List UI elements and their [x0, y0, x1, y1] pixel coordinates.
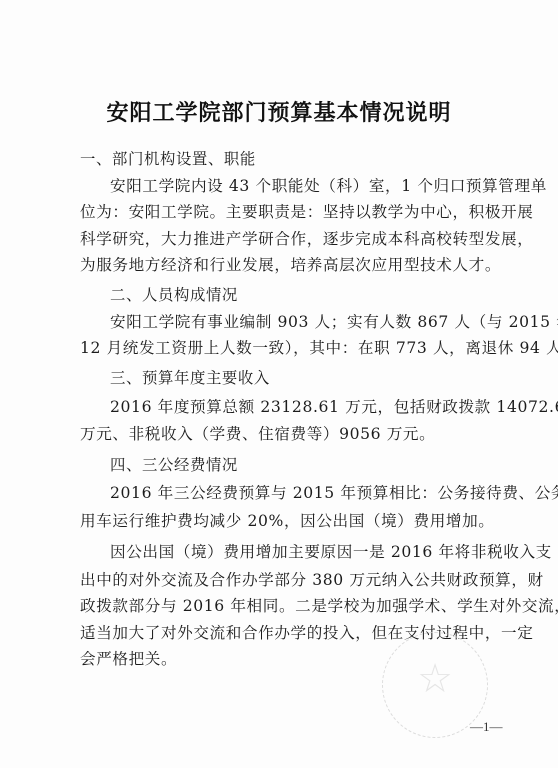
section-heading-2: 二、人员构成情况: [110, 286, 494, 304]
section-heading-4: 四、三公经费情况: [110, 456, 494, 474]
paragraph-line: 出中的对外交流及合作办学部分 380 万元纳入公共财政预算，财: [80, 571, 494, 589]
star-icon: ☆: [413, 657, 457, 701]
paragraph-line: 安阳工学院有事业编制 903 人；实有人数 867 人（与 2015 年: [110, 313, 494, 331]
page-number: —1—: [470, 719, 503, 735]
paragraph-line: 政拨款部分与 2016 年相同。二是学校为加强学术、学生对外交流，: [80, 597, 494, 615]
paragraph-line: 为服务地方经济和行业发展，培养高层次应用型技术人才。: [80, 256, 494, 274]
paragraph-line: 科学研究，大力推进产学研合作，逐步完成本科高校转型发展，: [80, 230, 494, 248]
paragraph-line: 因公出国（境）费用增加主要原因一是 2016 年将非税收入支: [110, 543, 494, 561]
section-heading-1: 一、部门机构设置、职能: [80, 150, 494, 168]
paragraph-line: 位为：安阳工学院。主要职责是：坚持以教学为中心，积极开展: [80, 203, 494, 221]
paragraph-line: 安阳工学院内设 43 个职能处（科）室，1 个归口预算管理单: [110, 177, 494, 195]
section-heading-3: 三、预算年度主要收入: [110, 369, 494, 387]
paragraph-line: 万元、非税收入（学费、住宿费等）9056 万元。: [80, 425, 494, 443]
paragraph-line: 用车运行维护费均减少 20%，因公出国（境）费用增加。: [80, 512, 494, 530]
paragraph-line: 2016 年度预算总额 23128.61 万元，包括财政拨款 14072.61: [110, 398, 494, 416]
paragraph-line: 2016 年三公经费预算与 2015 年预算相比：公务接待费、公务: [110, 484, 494, 502]
paragraph-line: 12 月统发工资册上人数一致），其中：在职 773 人，离退休 94 人。: [80, 339, 494, 357]
document-page: 安阳工学院部门预算基本情况说明 一、部门机构设置、职能 安阳工学院内设 43 个…: [0, 0, 558, 768]
document-title: 安阳工学院部门预算基本情况说明: [0, 96, 558, 127]
